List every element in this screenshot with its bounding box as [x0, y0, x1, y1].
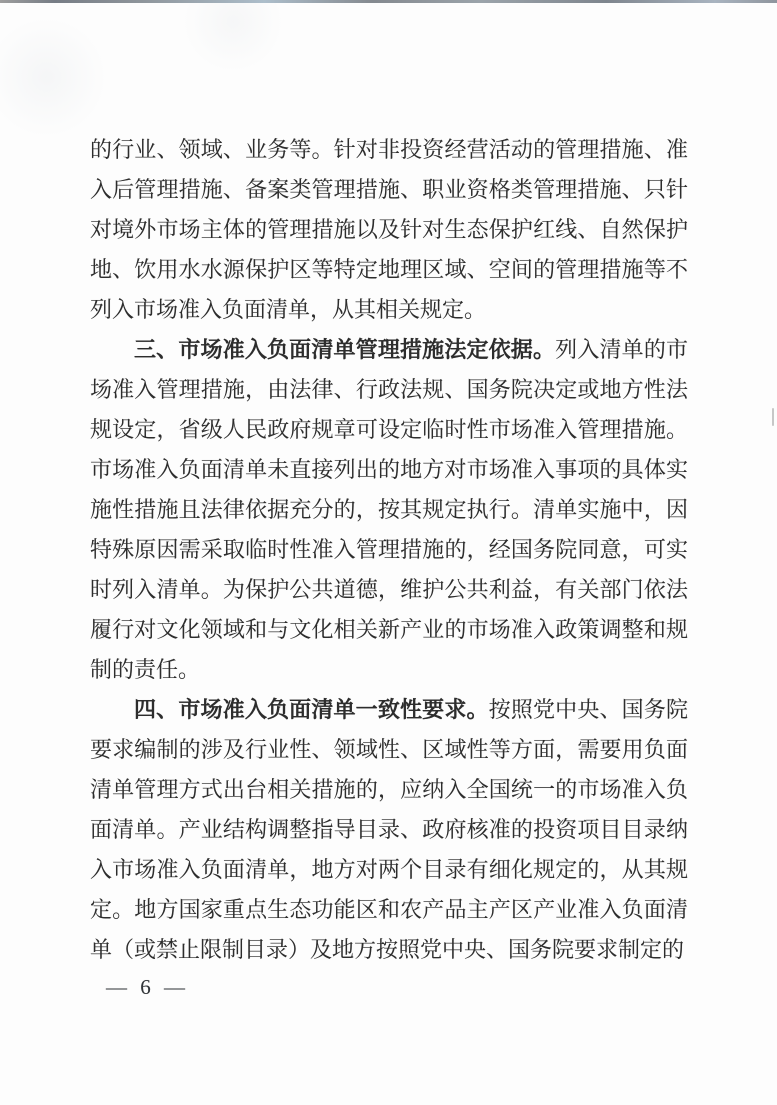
document-body: 的行业、领域、业务等。针对非投资经营活动的管理措施、准入后管理措施、备案类管理措… — [90, 130, 688, 970]
document-page: 的行业、领域、业务等。针对非投资经营活动的管理措施、准入后管理措施、备案类管理措… — [0, 0, 777, 1105]
scan-edge-artifact — [0, 0, 777, 3]
paragraph: 四、市场准入负面清单一致性要求。按照党中央、国务院要求编制的涉及行业性、领域性、… — [90, 690, 688, 970]
paragraph: 三、市场准入负面清单管理措施法定依据。列入清单的市场准入管理措施，由法律、行政法… — [90, 330, 688, 690]
page-number: — 6 — — [106, 975, 189, 1000]
paragraph: 的行业、领域、业务等。针对非投资经营活动的管理措施、准入后管理措施、备案类管理措… — [90, 130, 688, 330]
body-text-run: 按照党中央、国务院要求编制的涉及行业性、领域性、区域性等方面，需要用负面清单管理… — [90, 697, 688, 962]
body-text-run: 的行业、领域、业务等。针对非投资经营活动的管理措施、准入后管理措施、备案类管理措… — [90, 137, 688, 322]
section-heading-run: 四、市场准入负面清单一致性要求。 — [134, 697, 489, 722]
scan-artifact-right — [772, 408, 774, 426]
section-heading-run: 三、市场准入负面清单管理措施法定依据。 — [134, 337, 555, 362]
body-text-run: 列入清单的市场准入管理措施，由法律、行政法规、国务院决定或地方性法规设定，省级人… — [90, 337, 688, 682]
